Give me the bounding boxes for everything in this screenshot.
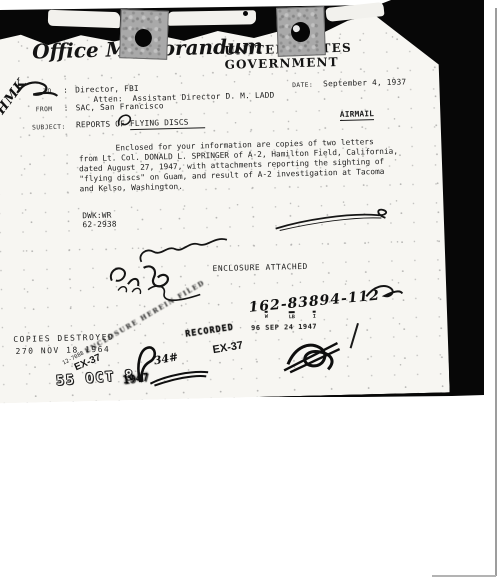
date-label: DATE: <box>292 82 313 90</box>
routing-mark-3: I <box>313 311 316 320</box>
punch-hole-icon <box>135 29 153 48</box>
ink-dot-artifact <box>243 11 248 16</box>
from-label: FROM <box>36 106 53 113</box>
enclosure-attached-note: ENCLOSURE ATTACHED <box>212 262 307 273</box>
pen-flourish <box>121 340 214 388</box>
hole-punch-square-right <box>276 6 326 57</box>
date-value: September 4, 1937 <box>323 77 406 88</box>
to-colon: : <box>63 86 68 95</box>
signature-scribble <box>279 333 344 377</box>
subject-label: SUBJECT: <box>32 124 66 132</box>
subject-underlined: FLYING DISCS <box>130 117 205 130</box>
pen-scribble-over-to <box>13 78 60 101</box>
scanned-memo-screenshot: { "doc": { "form_no": "STANDARD FORM NO.… <box>0 0 504 584</box>
from-colon: : <box>64 104 69 113</box>
subject-value: REPORTS OF FLYING DISCS <box>76 117 205 129</box>
torn-paper-fragment <box>48 10 121 29</box>
to-value: Director, FBI <box>75 84 139 95</box>
routing-mark-1: W <box>265 311 268 320</box>
memo-body: Enclosed for your information are copies… <box>79 136 416 194</box>
pen-slash-mark <box>350 323 359 348</box>
handwritten-loop-mark <box>116 112 136 128</box>
memo-page: STANDARD FORM NO. 64 Office Memorandum ·… <box>0 2 450 403</box>
recorded-stamp: RECORDED <box>185 323 235 340</box>
scan-edge-horizontal-line <box>432 575 496 577</box>
scan-edge-vertical-line <box>495 8 497 576</box>
from-value: SAC, San Francisco <box>76 101 164 112</box>
masthead-us-government: UNITED STATES GOVERNMENT <box>224 38 442 71</box>
airmail-marking: AIRMAIL <box>340 109 375 121</box>
masthead-separator: · <box>212 44 217 59</box>
handwritten-swoosh <box>273 208 394 235</box>
hole-punch-square-left <box>119 9 169 60</box>
date-received-stamp: 96 SEP 24 1947 <box>251 323 317 333</box>
office-file-number: 62-2938 <box>82 219 116 229</box>
handwritten-initials-flourish <box>364 281 404 302</box>
routing-mark-2: LB <box>289 311 295 320</box>
ex37-notation: EX-37 <box>212 339 244 356</box>
